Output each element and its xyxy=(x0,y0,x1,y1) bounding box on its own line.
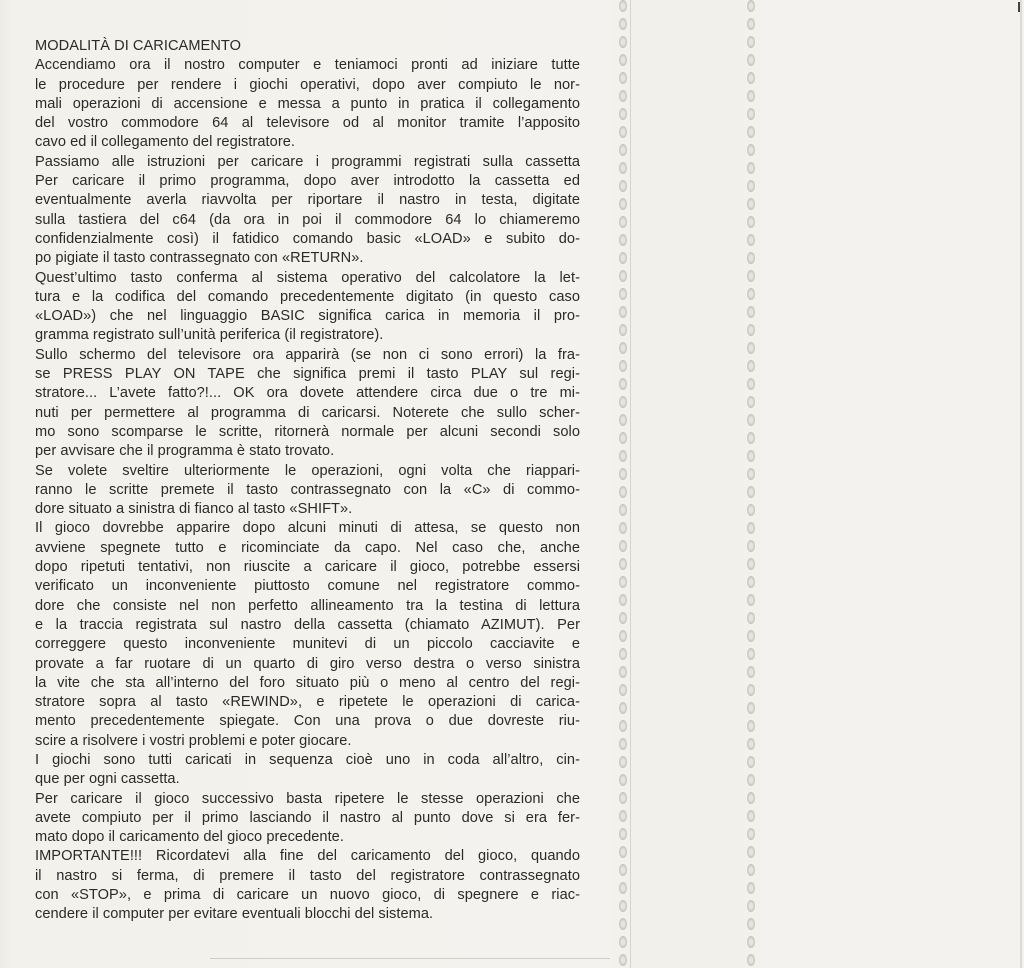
perforation-hole xyxy=(619,252,627,264)
perforation-hole xyxy=(747,72,755,84)
perforation-hole xyxy=(619,756,627,768)
perforation-hole xyxy=(619,918,627,930)
perforation-hole xyxy=(619,522,627,534)
perforation-hole xyxy=(619,216,627,228)
perforation-hole xyxy=(619,648,627,660)
text-line: «LOAD») che nel linguaggio BASIC signifi… xyxy=(35,307,580,326)
perforation-hole xyxy=(747,684,755,696)
perforation-hole xyxy=(747,234,755,246)
text-line: scire a risolvere i vostri problemi e po… xyxy=(35,732,580,751)
perforation-hole xyxy=(619,198,627,210)
perforation-hole xyxy=(747,342,755,354)
perforation-hole xyxy=(747,324,755,336)
text-line: dore che consiste nel non perfetto allin… xyxy=(35,597,580,616)
text-line: Per caricare il gioco successivo basta r… xyxy=(35,790,580,809)
text-line: eventualmente averla riavvolta per ripor… xyxy=(35,191,580,210)
perforation-hole xyxy=(619,720,627,732)
text-line: il nastro si ferma, di premere il tasto … xyxy=(35,867,580,886)
text-line: IMPORTANTE!!! Ricordatevi alla fine del … xyxy=(35,847,580,866)
perforation-hole xyxy=(619,144,627,156)
perforation-hole xyxy=(747,846,755,858)
perforation-hole xyxy=(747,558,755,570)
perforation-hole xyxy=(747,450,755,462)
perforation-hole xyxy=(619,774,627,786)
perforation-hole xyxy=(619,72,627,84)
text-line: Accendiamo ora il nostro computer e teni… xyxy=(35,56,580,75)
perforation-hole xyxy=(619,180,627,192)
perforation-hole xyxy=(619,108,627,120)
perforation-hole xyxy=(747,666,755,678)
perforation-hole xyxy=(619,702,627,714)
perforation-hole xyxy=(619,360,627,372)
perforation-hole xyxy=(619,666,627,678)
perforation-hole xyxy=(619,0,627,12)
perforation-hole xyxy=(747,702,755,714)
perforation-hole xyxy=(747,378,755,390)
perforation-hole xyxy=(747,0,755,12)
perforation-hole xyxy=(619,864,627,876)
perforation-hole xyxy=(619,162,627,174)
perforation-hole xyxy=(747,54,755,66)
perforation-hole xyxy=(619,504,627,516)
text-line: nuti per permettere al programma di cari… xyxy=(35,404,580,423)
perforation-hole xyxy=(747,612,755,624)
perforation-hole xyxy=(619,630,627,642)
perforation-hole xyxy=(747,936,755,948)
perforation-hole xyxy=(747,468,755,480)
text-line: verificato un inconveniente piuttosto co… xyxy=(35,577,580,596)
perforation-hole xyxy=(619,36,627,48)
text-line: sulla tastiera del c64 (da ora in poi il… xyxy=(35,211,580,230)
text-line: correggere questo inconveniente munitevi… xyxy=(35,635,580,654)
perforation-hole xyxy=(619,468,627,480)
corner-mark xyxy=(1018,2,1020,12)
text-line: avviene spegnete tutto e ricominciate da… xyxy=(35,539,580,558)
perforation-hole xyxy=(619,738,627,750)
perforation-hole xyxy=(619,432,627,444)
perforation-hole xyxy=(747,216,755,228)
perforation-hole xyxy=(747,144,755,156)
perforation-hole xyxy=(747,108,755,120)
text-line: cavo ed il collegamento del registratore… xyxy=(35,133,580,152)
perforation-hole xyxy=(747,630,755,642)
perforation-hole xyxy=(619,576,627,588)
perforation-hole xyxy=(619,270,627,282)
right-page-blank xyxy=(760,0,1024,968)
fold-line xyxy=(630,0,631,968)
perforation-hole xyxy=(747,540,755,552)
text-line: Se volete sveltire ulteriormente le oper… xyxy=(35,462,580,481)
perforation-hole xyxy=(619,90,627,102)
perforation-hole xyxy=(619,54,627,66)
perforation-hole xyxy=(619,378,627,390)
text-line: Passiamo alle istruzioni per caricare i … xyxy=(35,153,580,172)
text-line: stratore... L’avete fatto?!... OK ora do… xyxy=(35,384,580,403)
perforation-hole xyxy=(619,594,627,606)
perforation-hole xyxy=(619,882,627,894)
perforation-hole xyxy=(619,540,627,552)
perforation-hole xyxy=(747,648,755,660)
perforation-hole xyxy=(619,684,627,696)
perforation-hole xyxy=(747,198,755,210)
section-title: MODALITÀ DI CARICAMENTO xyxy=(35,37,580,56)
perforation-hole xyxy=(747,576,755,588)
perforation-hole xyxy=(747,720,755,732)
text-line: con «STOP», e prima di caricare un nuovo… xyxy=(35,886,580,905)
perforation-hole xyxy=(619,288,627,300)
perforation-hole xyxy=(747,756,755,768)
perforation-hole xyxy=(747,738,755,750)
perforation-column-right xyxy=(744,0,758,968)
perforation-hole xyxy=(747,918,755,930)
perforation-hole xyxy=(747,90,755,102)
perforation-hole xyxy=(747,954,755,966)
text-line: confidenzialmente così) il fatidico coma… xyxy=(35,230,580,249)
right-page-edge xyxy=(1020,0,1022,968)
text-line: stratore sopra al tasto «REWIND», e ripe… xyxy=(35,693,580,712)
perforation-hole xyxy=(747,162,755,174)
perforation-hole xyxy=(747,864,755,876)
perforation-hole xyxy=(619,342,627,354)
tear-off-strip xyxy=(631,0,745,968)
perforation-hole xyxy=(747,522,755,534)
text-line: mato dopo il caricamento del gioco prece… xyxy=(35,828,580,847)
text-line: ranno le scritte premete il tasto contra… xyxy=(35,481,580,500)
perforation-hole xyxy=(619,18,627,30)
perforation-hole xyxy=(747,774,755,786)
perforation-hole xyxy=(619,828,627,840)
text-line: gramma registrato sull’unità periferica … xyxy=(35,326,580,345)
perforation-hole xyxy=(619,414,627,426)
perforation-hole xyxy=(747,180,755,192)
perforation-hole xyxy=(747,828,755,840)
text-line: e la traccia registrata sul nastro della… xyxy=(35,616,580,635)
perforation-hole xyxy=(619,450,627,462)
perforation-hole xyxy=(747,252,755,264)
perforation-hole xyxy=(747,432,755,444)
perforation-hole xyxy=(619,846,627,858)
text-line: se PRESS PLAY ON TAPE che significa prem… xyxy=(35,365,580,384)
perforation-hole xyxy=(619,954,627,966)
perforation-hole xyxy=(747,900,755,912)
instructions-text: MODALITÀ DI CARICAMENTO Accendiamo ora i… xyxy=(35,37,580,925)
text-line: Sullo schermo del televisore ora apparir… xyxy=(35,346,580,365)
text-line: dore situato a sinistra di fianco al tas… xyxy=(35,500,580,519)
perforation-hole xyxy=(619,900,627,912)
perforation-hole xyxy=(619,234,627,246)
text-line: I giochi sono tutti caricati in sequenza… xyxy=(35,751,580,770)
perforation-hole xyxy=(619,810,627,822)
text-line: provate a far ruotare di un quarto di gi… xyxy=(35,655,580,674)
text-line: Per caricare il primo programma, dopo av… xyxy=(35,172,580,191)
text-line: la vite che sta all’interno del foro sit… xyxy=(35,674,580,693)
perforation-hole xyxy=(619,396,627,408)
perforation-hole xyxy=(619,558,627,570)
perforation-hole xyxy=(747,360,755,372)
bottom-edge-line xyxy=(210,958,610,959)
text-line: avete compiuto per il primo lasciando il… xyxy=(35,809,580,828)
perforation-hole xyxy=(747,594,755,606)
text-line: Il gioco dovrebbe apparire dopo alcuni m… xyxy=(35,519,580,538)
perforation-hole xyxy=(747,414,755,426)
perforation-hole xyxy=(619,486,627,498)
perforation-hole xyxy=(747,126,755,138)
perforation-hole xyxy=(619,612,627,624)
text-line: po pigiate il tasto contrassegnato con «… xyxy=(35,249,580,268)
text-line: per avvisare che il programma è stato tr… xyxy=(35,442,580,461)
perforation-hole xyxy=(619,126,627,138)
perforation-hole xyxy=(747,270,755,282)
perforation-hole xyxy=(747,396,755,408)
perforation-hole xyxy=(747,288,755,300)
perforation-hole xyxy=(619,306,627,318)
text-line: Quest’ultimo tasto conferma al sistema o… xyxy=(35,269,580,288)
text-line: mento precedentemente spiegate. Con una … xyxy=(35,712,580,731)
perforation-column-left xyxy=(616,0,630,968)
text-line: le procedure per rendere i giochi operat… xyxy=(35,76,580,95)
text-line: del vostro commodore 64 al televisore od… xyxy=(35,114,580,133)
perforation-hole xyxy=(619,324,627,336)
perforation-hole xyxy=(747,810,755,822)
perforation-hole xyxy=(619,792,627,804)
text-line: cendere il computer per evitare eventual… xyxy=(35,905,580,924)
perforation-hole xyxy=(747,504,755,516)
perforation-hole xyxy=(747,18,755,30)
perforation-hole xyxy=(747,36,755,48)
text-line: mali operazioni di accensione e messa a … xyxy=(35,95,580,114)
text-line: dopo ripetuti tentativi, non riuscite a … xyxy=(35,558,580,577)
perforation-hole xyxy=(747,306,755,318)
text-line: tura e la codifica del comando precedent… xyxy=(35,288,580,307)
perforation-hole xyxy=(747,486,755,498)
perforation-hole xyxy=(619,936,627,948)
perforation-hole xyxy=(747,792,755,804)
perforation-hole xyxy=(747,882,755,894)
text-line: mo sono scomparse le scritte, ritornerà … xyxy=(35,423,580,442)
text-line: que per ogni cassetta. xyxy=(35,770,580,789)
